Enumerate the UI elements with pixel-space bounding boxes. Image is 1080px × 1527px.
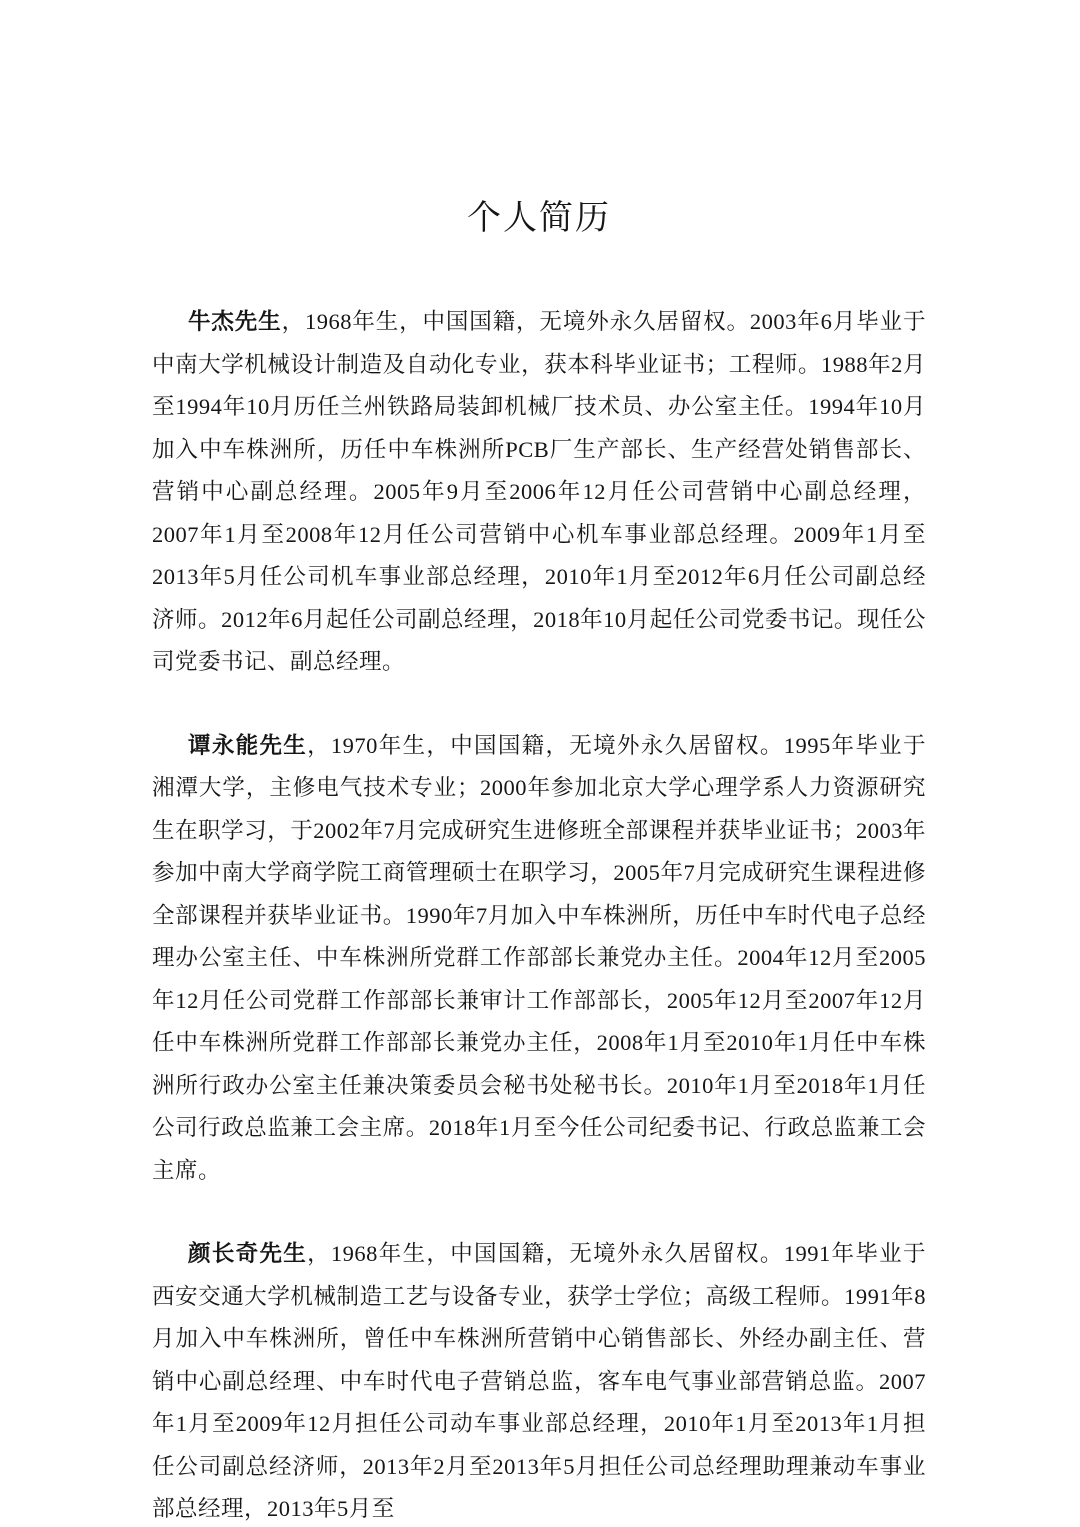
resume-page: 个人简历 牛杰先生，1968年生，中国国籍，无境外永久居留权。2003年6月毕业… — [0, 0, 1080, 1527]
bio-paragraph-tanyongneng: 谭永能先生，1970年生，中国国籍，无境外永久居留权。1995年毕业于湘潭大学，… — [152, 725, 926, 1193]
bio-paragraph-yanchangqi: 颜长奇先生，1968年生，中国国籍，无境外永久居留权。1991年毕业于西安交通大… — [152, 1233, 926, 1527]
page-title: 个人简历 — [152, 190, 926, 239]
bio-paragraph-niujie: 牛杰先生，1968年生，中国国籍，无境外永久居留权。2003年6月毕业于中南大学… — [152, 301, 926, 684]
person-name: 牛杰先生 — [188, 309, 282, 334]
person-name: 颜长奇先生 — [188, 1241, 307, 1266]
bio-text: ，1968年生，中国国籍，无境外永久居留权。1991年毕业于西安交通大学机械制造… — [152, 1241, 926, 1521]
bio-text: ，1968年生，中国国籍，无境外永久居留权。2003年6月毕业于中南大学机械设计… — [152, 309, 926, 674]
bio-text: ，1970年生，中国国籍，无境外永久居留权。1995年毕业于湘潭大学，主修电气技… — [152, 733, 926, 1183]
person-name: 谭永能先生 — [188, 733, 307, 758]
